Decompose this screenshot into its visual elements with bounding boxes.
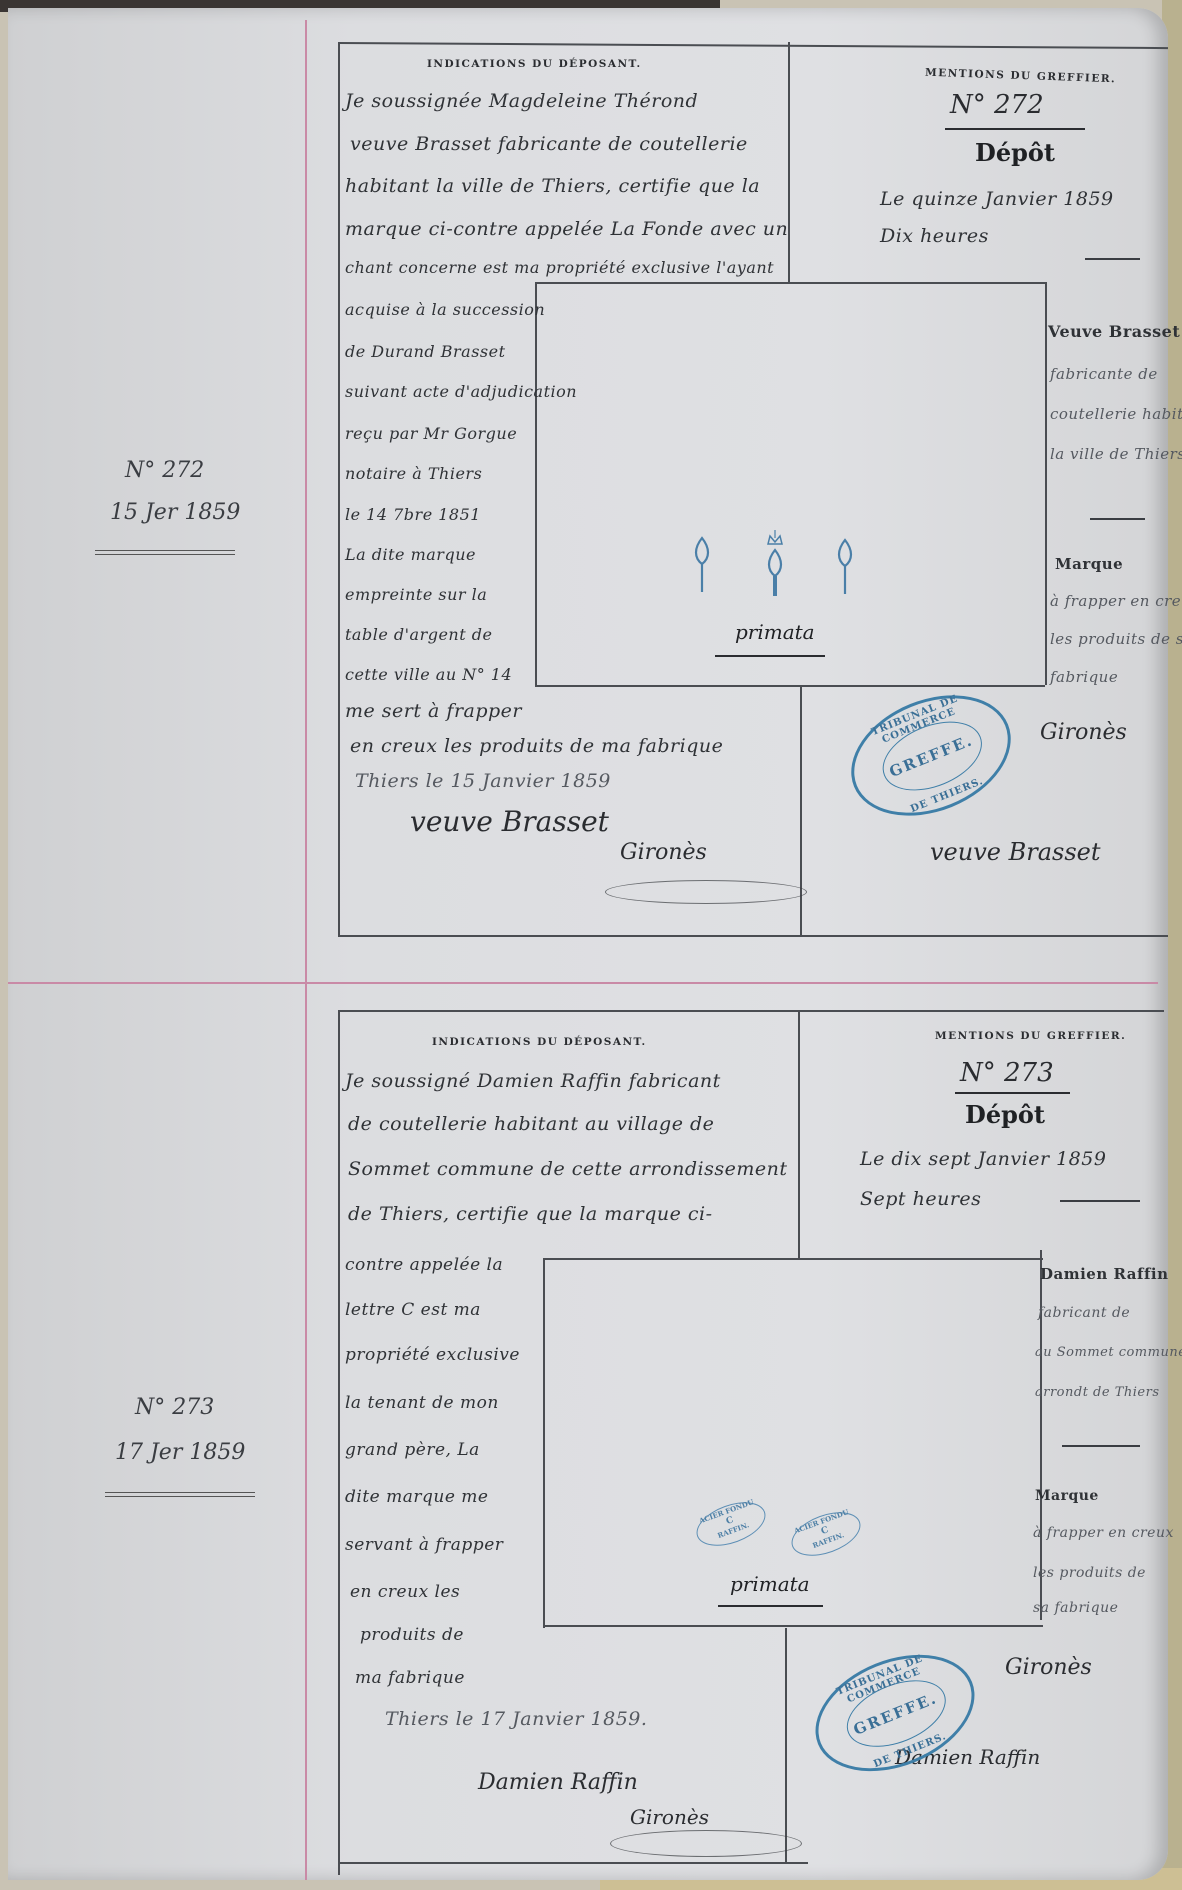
depositor-detail: fabricante de — [1050, 365, 1158, 383]
deposant-line: veuve Brasset fabricante de coutellerie — [350, 133, 748, 155]
frame-bottom — [338, 935, 1168, 937]
deposant-line: chant concerne est ma propriété exclusiv… — [345, 258, 774, 277]
header-indications-deposant: INDICATIONS DU DÉPOSANT. — [432, 1036, 647, 1048]
column-divider-bottom — [800, 685, 802, 935]
deposant-line: acquise à la succession — [345, 300, 545, 319]
deposant-line: la tenant de mon — [345, 1393, 499, 1413]
greffier-entry-number: N° 273 — [960, 1058, 1054, 1088]
mark-label-underline — [715, 655, 825, 657]
mark-label: primata — [730, 1572, 810, 1596]
mark-box-top — [543, 1258, 1043, 1260]
rule — [1060, 1200, 1140, 1202]
deposant-line: La dite marque — [345, 545, 476, 564]
deposant-date-line: Thiers le 17 Janvier 1859. — [385, 1708, 647, 1730]
frame-left — [338, 42, 340, 935]
header-mentions-greffier: MENTIONS DU GREFFIER. — [935, 1030, 1126, 1042]
depot-date: Le quinze Janvier 1859 — [880, 188, 1114, 210]
margin-rule-vertical — [305, 20, 307, 1880]
margin-entry-number: N° 273 — [135, 1395, 214, 1420]
depot-time: Sept heures — [860, 1188, 981, 1210]
margin-entry-number: N° 272 — [125, 458, 204, 483]
mark-box-top — [535, 282, 1045, 284]
marque-label: Marque — [1055, 555, 1123, 573]
marque-detail: sa fabrique — [1033, 1600, 1118, 1616]
depositor-detail: au Sommet commune de — [1035, 1345, 1182, 1360]
deposant-signature: Damien Raffin — [478, 1770, 638, 1795]
marque-detail: à frapper en creux — [1050, 592, 1182, 610]
number-underline — [945, 128, 1085, 130]
deposant-line: notaire à Thiers — [345, 464, 482, 483]
deposant-line: marque ci-contre appelée La Fonde avec u… — [345, 218, 788, 240]
deposant-line: Je soussigné Damien Raffin fabricant — [345, 1070, 721, 1092]
rule — [1090, 518, 1145, 520]
deposant-line: cette ville au N° 14 — [345, 665, 512, 684]
deposant-line: le 14 7bre 1851 — [345, 505, 481, 524]
marque-label: Marque — [1035, 1488, 1099, 1504]
frame-left — [338, 1010, 340, 1875]
deposant-signature: veuve Brasset — [410, 805, 609, 838]
column-divider-top — [798, 1010, 800, 1258]
spatula-mark-icon — [690, 530, 860, 600]
greffier-entry-number: N° 272 — [950, 90, 1044, 120]
depot-time: Dix heures — [880, 225, 989, 247]
mark-box-right — [1045, 282, 1047, 685]
depositor-detail: coutellerie habitant — [1050, 405, 1182, 423]
deposant-line: dite marque me — [345, 1487, 488, 1507]
marque-detail: les produits de — [1033, 1565, 1146, 1581]
deposant-line: lettre C est ma — [345, 1300, 481, 1320]
deposant-line: de Durand Brasset — [345, 342, 506, 361]
greffier-signature: Gironès — [630, 1805, 709, 1829]
deposant-line: reçu par Mr Gorgue — [345, 424, 517, 443]
deposant-line: produits de — [360, 1625, 464, 1645]
marque-detail: les produits de sa — [1050, 630, 1182, 648]
depositor-signature: veuve Brasset — [930, 838, 1101, 866]
depot-date: Le dix sept Janvier 1859 — [860, 1148, 1106, 1170]
signature-flourish — [610, 1830, 802, 1857]
deposant-line: servant à frapper — [345, 1535, 503, 1555]
register-page — [8, 8, 1168, 1880]
deposant-line: ma fabrique — [355, 1668, 465, 1688]
depot-title: Dépôt — [975, 138, 1055, 167]
depositor-name: Damien Raffin — [1040, 1265, 1169, 1283]
mark-box-bottom — [535, 685, 1045, 687]
deposant-line: suivant acte d'adjudication — [345, 382, 577, 401]
deposant-line: habitant la ville de Thiers, certifie qu… — [345, 175, 760, 197]
deposant-line: en creux les — [350, 1582, 460, 1602]
depositor-detail: fabricant de — [1038, 1305, 1130, 1321]
mark-box-left — [535, 282, 537, 685]
greffier-signature: Gironès — [1005, 1655, 1092, 1680]
deposant-line: Sommet commune de cette arrondissement — [348, 1158, 787, 1180]
mark-box-left — [543, 1258, 545, 1628]
number-underline — [955, 1092, 1070, 1094]
margin-underline — [105, 1492, 255, 1497]
rule — [1085, 258, 1140, 260]
depot-title: Dépôt — [965, 1100, 1045, 1129]
marque-detail: à frapper en creux — [1033, 1525, 1174, 1541]
frame-bottom — [338, 1862, 808, 1864]
entry-separator-rule — [8, 982, 1158, 984]
deposant-line: en creux les produits de ma fabrique — [350, 735, 723, 757]
deposant-line: grand père, La — [345, 1440, 480, 1460]
margin-underline — [95, 550, 235, 555]
mark-label: primata — [735, 620, 815, 644]
marque-detail: fabrique — [1050, 668, 1118, 686]
column-divider-bottom — [785, 1628, 787, 1862]
deposant-line: de coutellerie habitant au village de — [348, 1113, 714, 1135]
mark-label-underline — [718, 1605, 823, 1607]
greffier-signature: Gironès — [1040, 720, 1127, 745]
column-divider-top — [788, 42, 790, 282]
depositor-detail: arrondt de Thiers — [1035, 1385, 1159, 1400]
deposant-line: Je soussignée Magdeleine Thérond — [345, 90, 698, 112]
mark-box-bottom — [543, 1625, 1043, 1627]
margin-entry-date: 15 Jer 1859 — [110, 500, 240, 525]
deposant-line: contre appelée la — [345, 1255, 503, 1275]
deposant-line: de Thiers, certifie que la marque ci- — [348, 1203, 713, 1225]
deposant-line: me sert à frapper — [345, 700, 522, 722]
deposant-line: table d'argent de — [345, 625, 492, 644]
deposant-line: empreinte sur la — [345, 585, 487, 604]
depositor-detail: la ville de Thiers — [1050, 445, 1182, 463]
rule — [1062, 1445, 1140, 1447]
deposant-date-line: Thiers le 15 Janvier 1859 — [355, 770, 611, 792]
header-indications-deposant: INDICATIONS DU DÉPOSANT. — [427, 58, 642, 70]
margin-entry-date: 17 Jer 1859 — [115, 1440, 245, 1465]
depositor-name: Veuve Brasset — [1048, 322, 1180, 341]
greffier-signature: Gironès — [620, 840, 707, 865]
signature-flourish — [605, 880, 807, 904]
frame-top — [338, 1010, 1164, 1012]
deposant-line: propriété exclusive — [345, 1345, 520, 1365]
